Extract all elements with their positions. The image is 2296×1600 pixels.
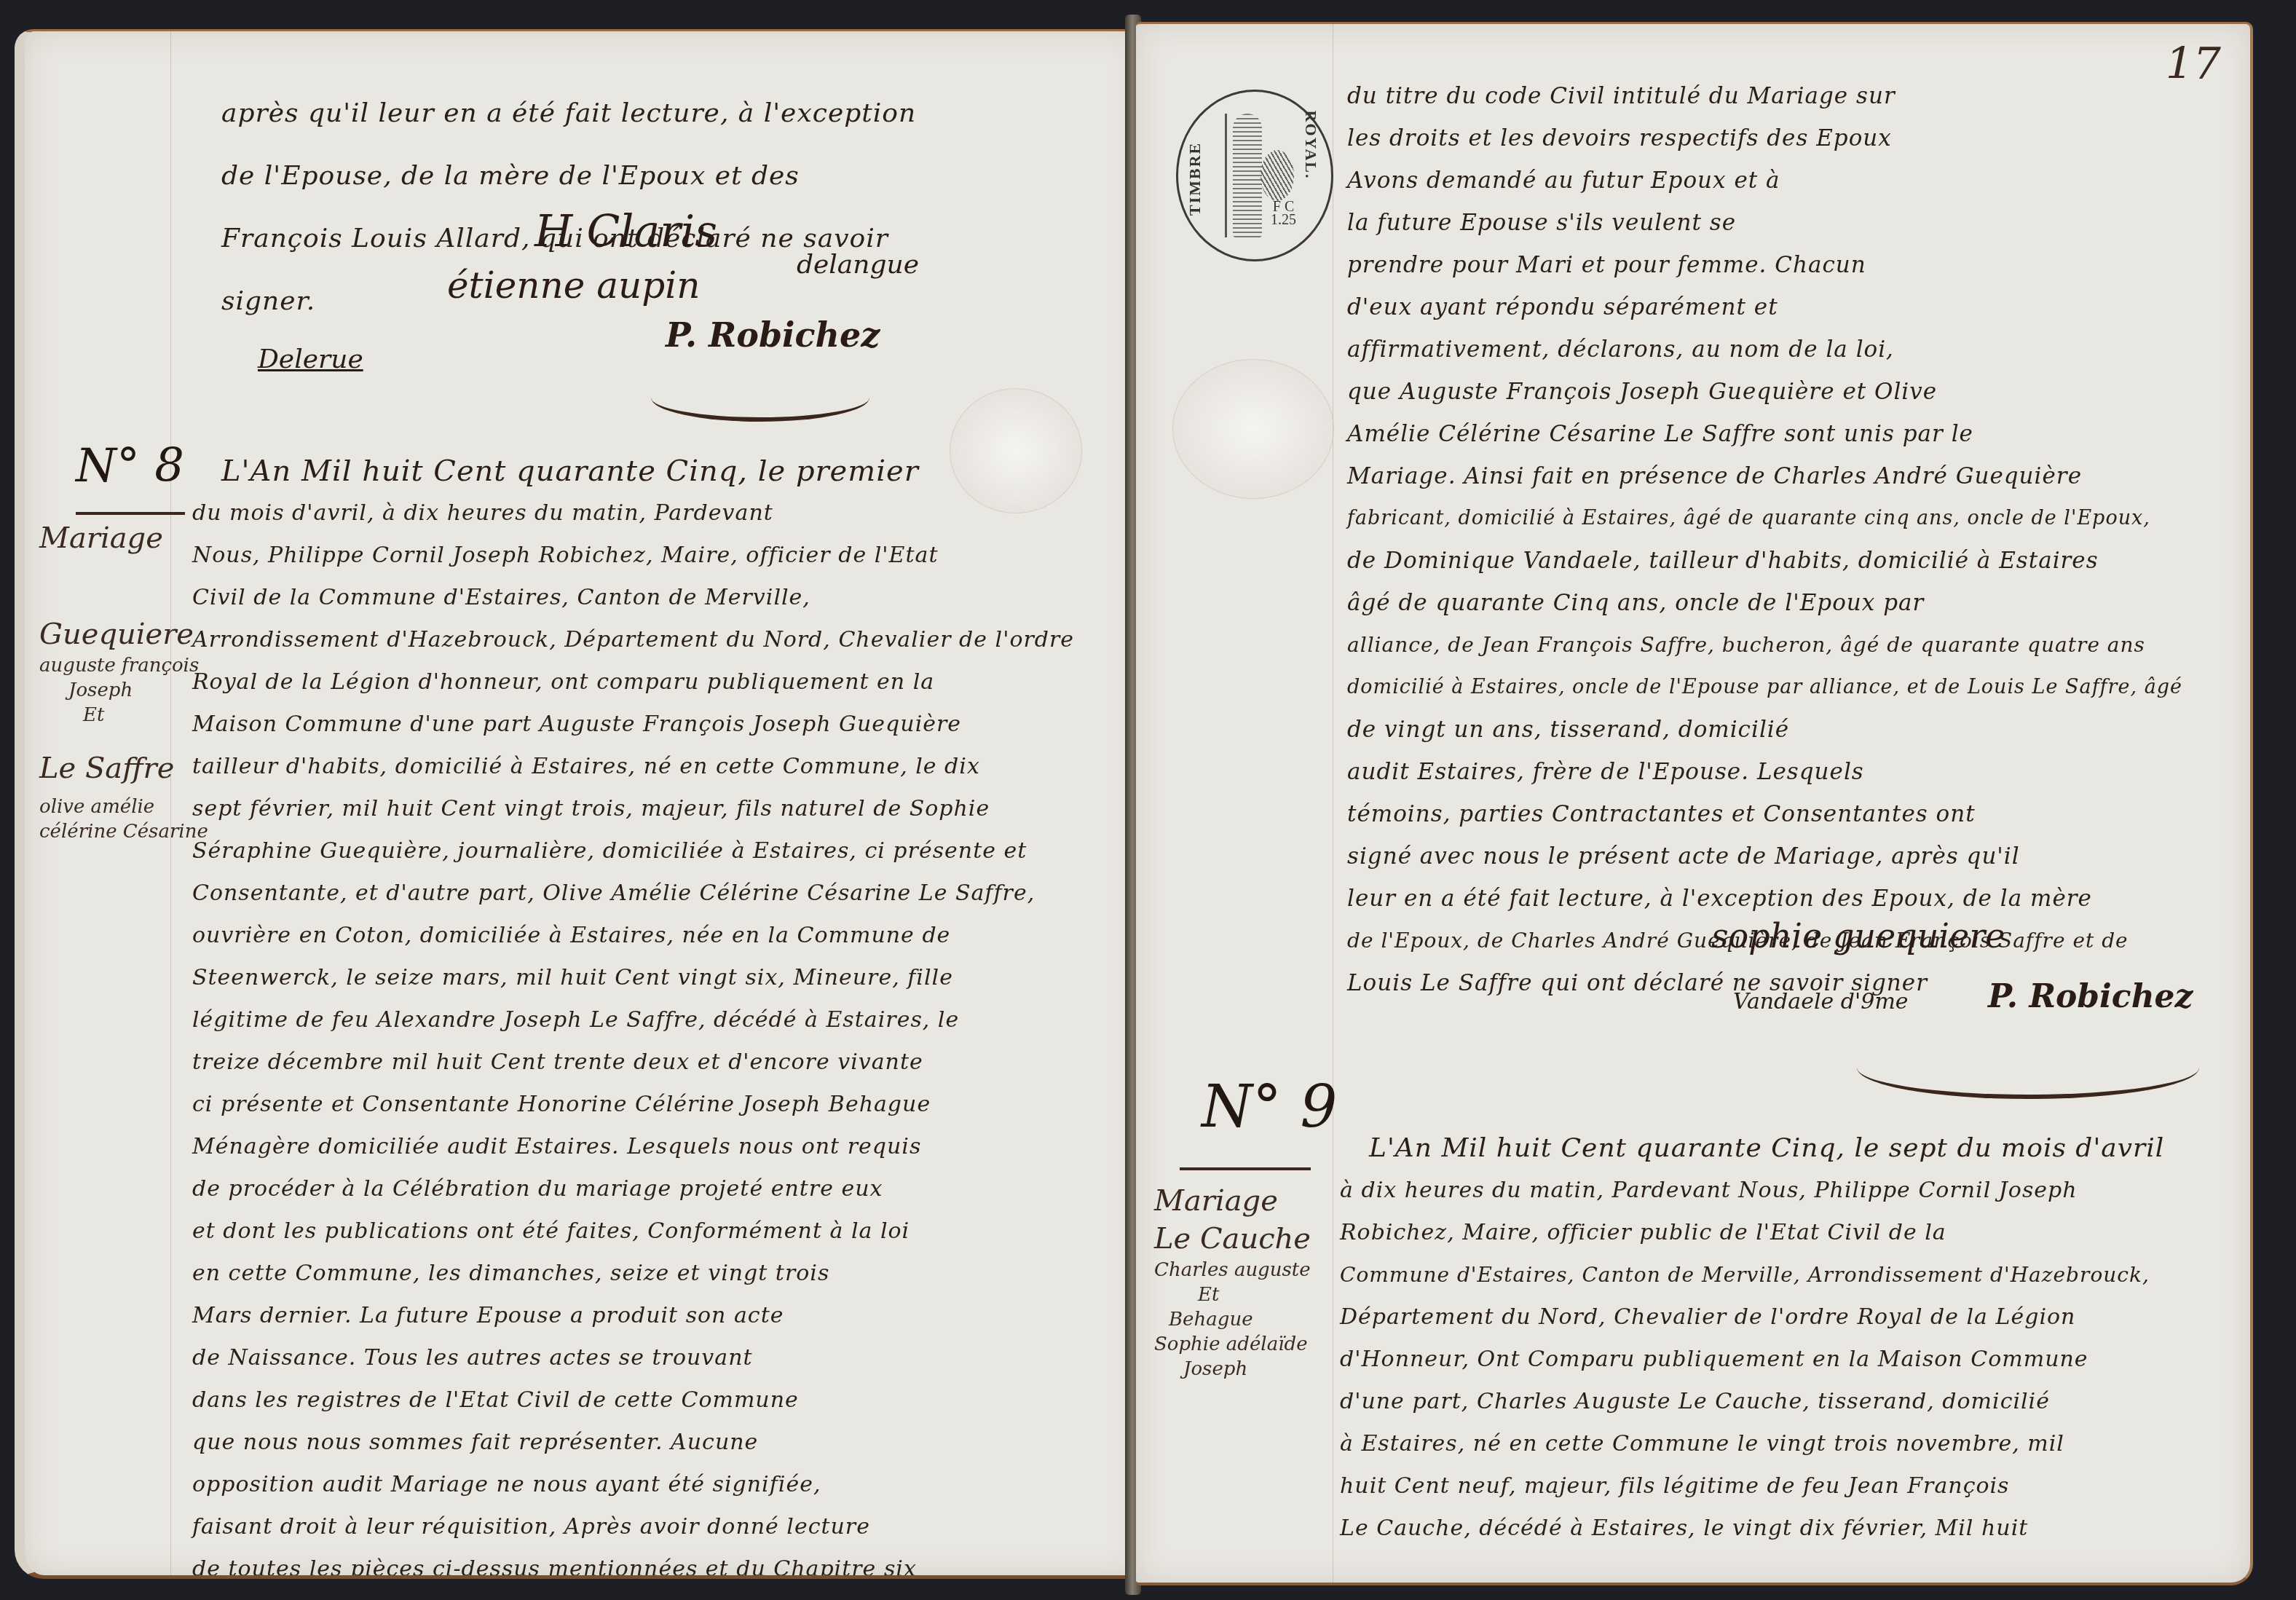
text-line: du mois d'avril, à dix heures du matin, …: [192, 492, 1074, 535]
stamp-price: F C 1.25: [1271, 200, 1296, 226]
text-line: fabricant, domicilié à Estaires, âgé de …: [1347, 497, 2182, 540]
text-line: prendre pour Mari et pour femme. Chacun: [1347, 244, 2182, 286]
text-line: faisant droit à leur réquisition, Après …: [192, 1506, 1074, 1548]
margin-bride-given2: Joseph: [1154, 1357, 1311, 1382]
text-line: Arrondissement d'Hazebrouck, Département…: [192, 619, 1074, 661]
signature-claris: H Claris: [534, 206, 717, 257]
text-line: à dix heures du matin, Pardevant Nous, P…: [1340, 1170, 2164, 1212]
text-line: Département du Nord, Chevalier de l'ordr…: [1340, 1296, 2164, 1339]
stamp-price-value: 1.25: [1271, 213, 1296, 226]
signature-aupin: étienne aupin: [447, 264, 700, 307]
signature-flourish: [651, 374, 869, 422]
stamp-text-left: TIMBRE: [1186, 142, 1204, 216]
text-line: ouvrière en Coton, domiciliée à Estaires…: [192, 915, 1074, 957]
text-line: en cette Commune, les dimanches, seize e…: [192, 1253, 1074, 1295]
text-line: de vingt un ans, tisserand, domicilié: [1347, 709, 2182, 751]
text-line: Steenwerck, le seize mars, mil huit Cent…: [192, 957, 1074, 999]
act-number-underline: [1180, 1167, 1311, 1170]
signature-flourish: [1857, 1036, 2199, 1099]
text-line: L'An Mil huit Cent quarante Cinq, le pre…: [192, 450, 1074, 492]
margin-groom-surname: Le Cauche: [1154, 1220, 1311, 1258]
text-line: opposition audit Mariage ne nous ayant é…: [192, 1464, 1074, 1506]
margin-conjunction: Et: [39, 703, 208, 728]
text-line: tailleur d'habits, domicilié à Estaires,…: [192, 746, 1074, 788]
text-line: d'eux ayant répondu séparément et: [1347, 286, 2182, 328]
text-line: L'An Mil huit Cent quarante Cinq, le sep…: [1340, 1127, 2164, 1170]
embossed-seal: [1172, 359, 1334, 499]
text-line: de procéder à la Célébration du mariage …: [192, 1168, 1074, 1210]
text-line: Royal de la Légion d'honneur, ont compar…: [192, 661, 1074, 704]
text-line: après qu'il leur en a été fait lecture, …: [221, 82, 916, 145]
text-line: domicilié à Estaires, oncle de l'Epouse …: [1347, 666, 2182, 709]
margin-rule: [1333, 24, 1333, 1583]
left-page: après qu'il leur en a été fait lecture, …: [15, 29, 1139, 1579]
act-number-8: N° 8: [76, 439, 184, 493]
text-line: audit Estaires, frère de l'Epouse. Lesqu…: [1347, 751, 2182, 793]
text-line: âgé de quarante Cinq ans, oncle de l'Epo…: [1347, 582, 2182, 624]
act-number-9: N° 9: [1202, 1073, 1337, 1140]
margin-groom-surname: Guequiere: [39, 615, 208, 653]
margin-title: Mariage: [39, 519, 208, 557]
text-line: du titre du code Civil intitulé du Maria…: [1347, 75, 2182, 117]
text-line: témoins, parties Contractantes et Consen…: [1347, 793, 2182, 835]
signature-delerue: Delerue: [258, 344, 363, 374]
open-register-book: après qu'il leur en a été fait lecture, …: [0, 0, 2296, 1600]
act-number-underline: [76, 512, 185, 515]
text-line: Civil de la Commune d'Estaires, Canton d…: [192, 577, 1074, 619]
text-line: Consentante, et d'autre part, Olive Amél…: [192, 872, 1074, 915]
text-line: Mariage. Ainsi fait en présence de Charl…: [1347, 455, 2182, 497]
text-line: Mars dernier. La future Epouse a produit…: [192, 1295, 1074, 1337]
margin-bride-given: Sophie adélaïde: [1154, 1332, 1311, 1357]
text-line: Ménagère domiciliée audit Estaires. Lesq…: [192, 1126, 1074, 1168]
text-line: la future Epouse s'ils veulent se: [1347, 202, 2182, 244]
text-line: huit Cent neuf, majeur, fils légitime de…: [1340, 1465, 2164, 1508]
text-line: Amélie Célérine Césarine Le Saffre sont …: [1347, 413, 2182, 455]
margin-bride-surname: Le Saffre: [39, 749, 208, 787]
signature-vandaele: Vandaele d'9me: [1733, 989, 1909, 1014]
text-line: Robichez, Maire, officier public de l'Et…: [1340, 1212, 2164, 1254]
margin-groom-given2: Joseph: [39, 678, 208, 703]
margin-title: Mariage: [1154, 1182, 1311, 1220]
text-line: Séraphine Guequière, journalière, domici…: [192, 830, 1074, 872]
text-line: dans les registres de l'Etat Civil de ce…: [192, 1379, 1074, 1422]
margin-groom-given: Charles auguste: [1154, 1258, 1311, 1282]
text-line: Maison Commune d'une part Auguste Franço…: [192, 704, 1074, 746]
text-line: Commune d'Estaires, Canton de Merville, …: [1340, 1254, 2164, 1296]
margin-bride-given: olive amélie: [39, 795, 208, 819]
right-page: 17 TIMBRE ROYAL. F C 1.25 du titre du co…: [1136, 22, 2253, 1585]
signature-delangue: delangue: [797, 250, 919, 280]
text-line: d'Honneur, Ont Comparu publiquement en l…: [1340, 1339, 2164, 1381]
stamp-text-right: ROYAL.: [1302, 111, 1321, 180]
act-8-continued-text: du titre du code Civil intitulé du Maria…: [1347, 75, 2182, 1004]
margin-bride-surname: Behague: [1154, 1307, 1311, 1332]
text-line: Nous, Philippe Cornil Joseph Robichez, M…: [192, 535, 1074, 577]
act-9-text: L'An Mil huit Cent quarante Cinq, le sep…: [1340, 1127, 2164, 1550]
text-line: ci présente et Consentante Honorine Célé…: [192, 1084, 1074, 1126]
text-line: et dont les publications ont été faites,…: [192, 1210, 1074, 1253]
signature-robichez-mayor: P. Robichez: [1988, 978, 2193, 1015]
timbre-royal-stamp: TIMBRE ROYAL. F C 1.25: [1176, 90, 1333, 261]
signature-sophie-guequiere: sophie guequiere: [1711, 916, 2005, 955]
text-line: leur en a été fait lecture, à l'exceptio…: [1347, 878, 2182, 920]
text-line: légitime de feu Alexandre Joseph Le Saff…: [192, 999, 1074, 1041]
text-line: que nous nous sommes fait représenter. A…: [192, 1422, 1074, 1464]
act-8-text: L'An Mil huit Cent quarante Cinq, le pre…: [192, 450, 1074, 1579]
margin-groom-given: auguste françois: [39, 653, 208, 678]
text-line: les droits et les devoirs respectifs des…: [1347, 117, 2182, 159]
margin-conjunction: Et: [1154, 1282, 1311, 1307]
signature-robichez-mayor: P. Robichez: [666, 315, 880, 355]
text-line: sept février, mil huit Cent vingt trois,…: [192, 788, 1074, 830]
text-line: d'une part, Charles Auguste Le Cauche, t…: [1340, 1381, 2164, 1423]
text-line: à Estaires, né en cette Commune le vingt…: [1340, 1423, 2164, 1465]
margin-note-right: Mariage Le Cauche Charles auguste Et Beh…: [1154, 1182, 1311, 1382]
text-line: affirmativement, déclarons, au nom de la…: [1347, 328, 2182, 371]
text-line: signé avec nous le présent acte de Maria…: [1347, 835, 2182, 878]
text-line: de l'Epouse, de la mère de l'Epoux et de…: [221, 145, 916, 208]
text-line: treize décembre mil huit Cent trente deu…: [192, 1041, 1074, 1084]
text-line: Avons demandé au futur Epoux et à: [1347, 159, 2182, 202]
text-line: de Naissance. Tous les autres actes se t…: [192, 1337, 1074, 1379]
text-line: de Dominique Vandaele, tailleur d'habits…: [1347, 540, 2182, 582]
text-line: de toutes les pièces ci-dessus mentionné…: [192, 1548, 1074, 1579]
margin-note-left: Mariage Guequiere auguste françois Josep…: [39, 519, 208, 844]
margin-bride-given2: célérine Césarine: [39, 819, 208, 844]
text-line: alliance, de Jean François Saffre, buche…: [1347, 624, 2182, 666]
text-line: Le Cauche, décédé à Estaires, le vingt d…: [1340, 1508, 2164, 1550]
text-line: que Auguste François Joseph Guequière et…: [1347, 371, 2182, 413]
